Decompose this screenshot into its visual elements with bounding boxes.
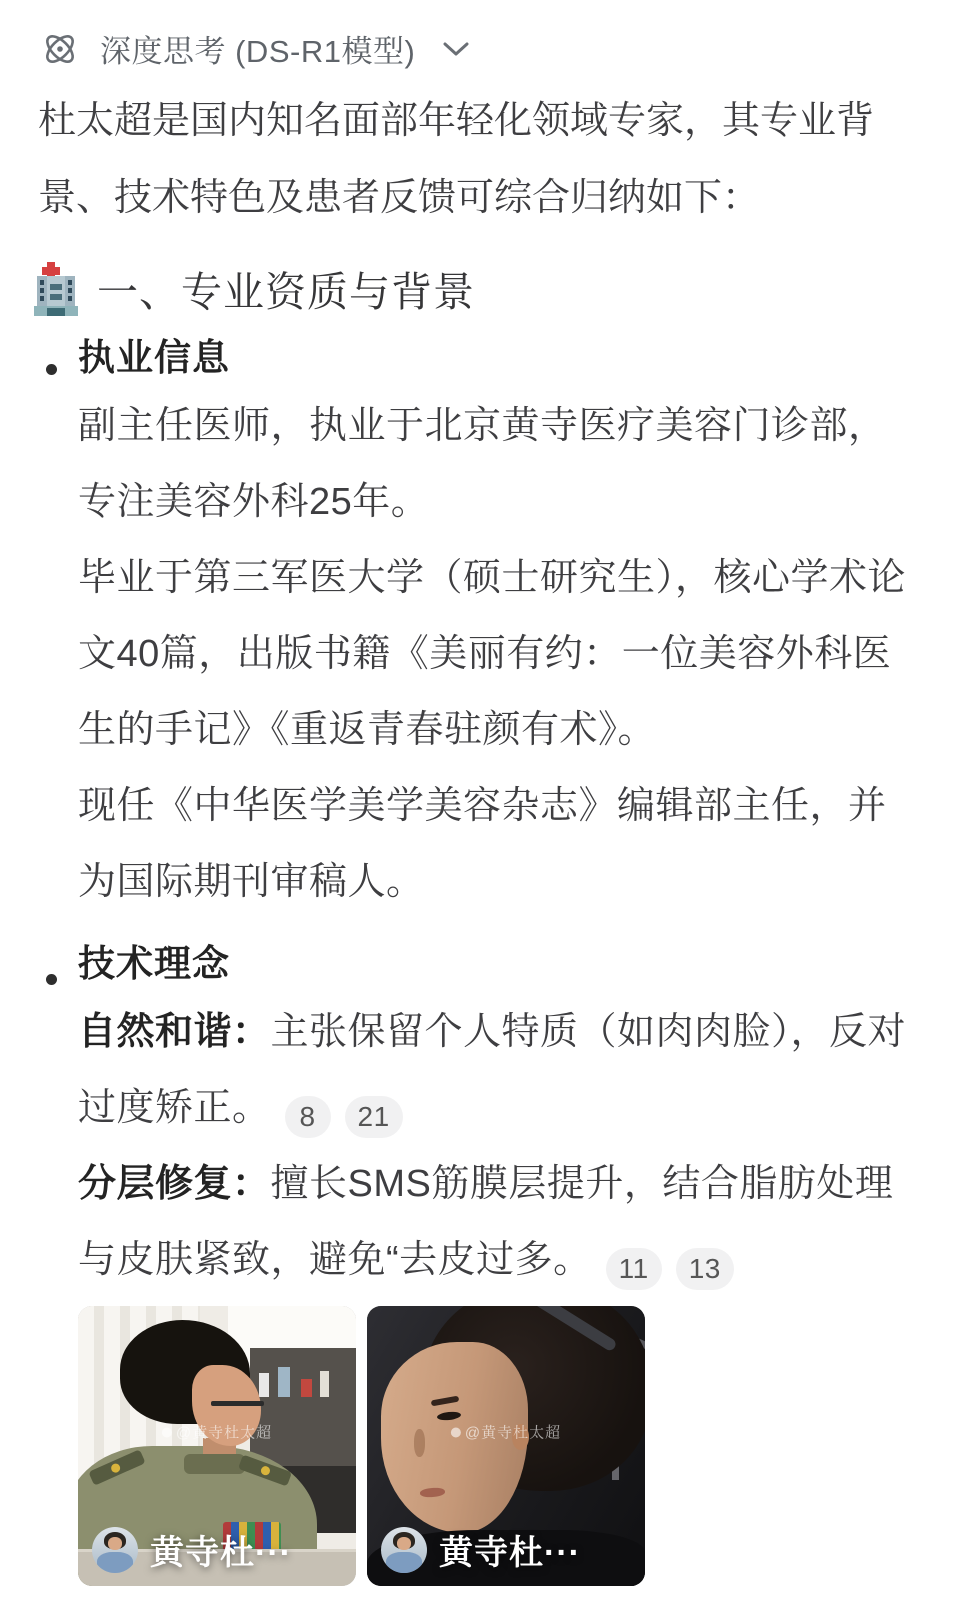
bullet-title: 技术理念 [78,934,918,994]
chevron-down-icon [443,41,469,57]
paragraph: 分层修复：擅长SMS筋膜层提升，结合脂肪处理与皮肤紧致，避免“去皮过多。1113 [78,1146,918,1298]
source-name: 黄寺杜··· [439,1525,581,1574]
photo-watermark: @黄寺杜太超 [162,1422,272,1443]
paragraph-lead: 自然和谐： [78,1011,271,1053]
image-card-patient[interactable]: @黄寺杜太超 黄寺杜··· [367,1306,645,1586]
citation-badge[interactable]: 11 [606,1248,662,1290]
photo-watermark: @黄寺杜太超 [451,1422,561,1443]
chat-answer-screen: { "header": { "icon": "atom-icon", "labe… [0,0,958,1600]
avatar-face [397,1537,411,1550]
watermark-text: @黄寺杜太超 [176,1422,272,1443]
watermark-logo-icon [451,1427,461,1437]
citation-badge[interactable]: 21 [345,1096,403,1138]
bullet-dot [46,974,57,985]
avatar [381,1527,427,1573]
photo-star [110,1462,122,1474]
paragraph: 毕业于第三军医大学（硕士研究生），核心学术论文40篇，出版书籍《美丽有约：一位美… [78,540,918,768]
bullet-title: 执业信息 [78,328,918,388]
intro-paragraph: 杜太超是国内知名面部年轻化领域专家，其专业背景、技术特色及患者反馈可综合归纳如下… [38,83,918,237]
source-name: 黄寺杜··· [150,1525,292,1574]
paragraph: 副主任医师，执业于北京黄寺医疗美容门诊部，专注美容外科25年。 [78,388,918,540]
photo-bottle [320,1371,329,1397]
section-heading: 一、专业资质与背景 [33,259,918,318]
paragraph-lead: 分层修复： [78,1163,271,1205]
photo-nose-shadow [414,1429,425,1457]
answer-body: 执业信息 副主任医师，执业于北京黄寺医疗美容门诊部，专注美容外科25年。 毕业于… [38,328,918,1298]
photo-star [260,1465,272,1477]
photo-glasses [211,1401,264,1406]
watermark-logo-icon [162,1427,172,1437]
avatar [92,1527,138,1573]
avatar-shirt [386,1552,422,1573]
result-images: @黄寺杜太超 黄寺杜··· @黄寺杜太超 [78,1306,958,1586]
paragraph: 现任《中华医学美学美容杂志》编辑部主任，并为国际期刊审稿人。 [78,768,918,920]
paragraph: 自然和谐：主张保留个人特质（如肉肉脸），反对过度矫正。821 [78,994,918,1146]
section-title: 一、专业资质与背景 [97,259,475,318]
list-item: 执业信息 副主任医师，执业于北京黄寺医疗美容门诊部，专注美容外科25年。 毕业于… [38,328,918,920]
avatar-face [108,1537,122,1550]
citation-badge[interactable]: 8 [285,1096,331,1138]
model-selector[interactable]: 深度思考 (DS-R1模型) [0,0,958,71]
atom-icon [40,29,80,69]
photo-bottle [278,1367,290,1397]
model-selector-label: 深度思考 (DS-R1模型) [100,26,415,71]
photo-bottle [259,1373,269,1397]
avatar-shirt [97,1552,133,1573]
list-item: 技术理念 自然和谐：主张保留个人特质（如肉肉脸），反对过度矫正。821 分层修复… [38,934,918,1298]
photo-bottle [301,1379,312,1397]
image-card-doctor[interactable]: @黄寺杜太超 黄寺杜··· [78,1306,356,1586]
hospital-icon [33,260,79,318]
source-chip: 黄寺杜··· [381,1525,581,1574]
citation-badge[interactable]: 13 [676,1248,734,1290]
watermark-text: @黄寺杜太超 [465,1422,561,1443]
bullet-dot [46,364,57,375]
source-chip: 黄寺杜··· [92,1525,292,1574]
photo-collar [184,1454,245,1474]
